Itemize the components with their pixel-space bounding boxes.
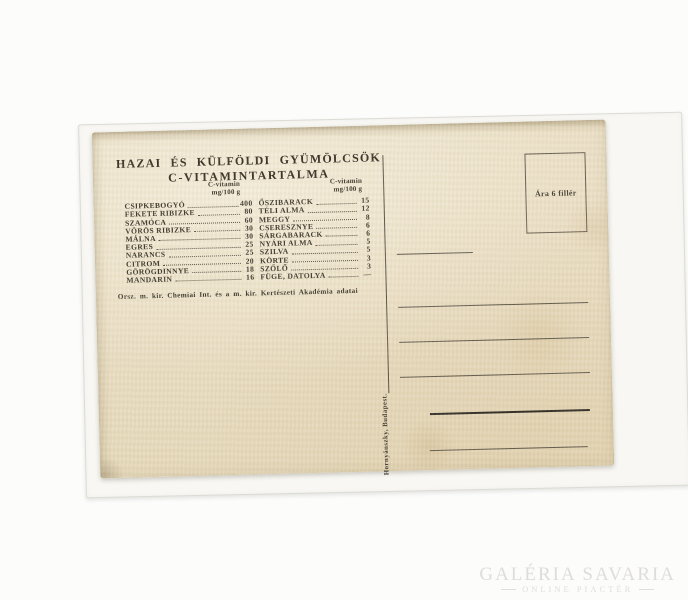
fruit-name: FÜGE, DATOLYA: [260, 271, 326, 282]
dot-leader: [326, 235, 358, 237]
watermark-title: GALÉRIA SAVARIA: [479, 564, 676, 586]
unit-header-right-column: C-vitamin mg/100 g: [258, 178, 369, 196]
vitamin-value: 16: [243, 272, 254, 281]
stamp-price-label: Ára 6 fillér: [535, 188, 577, 198]
vitamin-table-right-column: ŐSZIBARACK 15 TÉLI ALMA 12 MEGGY 8: [258, 197, 371, 282]
scanned-postcard-photo: HAZAI ÉS KÜLFÖLDI GYÜMÖLCSÖK C-VITAMINTA…: [0, 0, 688, 600]
watermark: GALÉRIA SAVARIA ONLINE PIACTÉR: [479, 564, 676, 594]
unit-header-right-line2: mg/100 g: [258, 186, 362, 196]
source-note: Orsz. m. kir. Chemiai Int. és a m. kir. …: [118, 286, 376, 301]
address-line-1: [398, 302, 588, 308]
table-row: FÜGE, DATOLYA —: [260, 270, 371, 281]
address-line-5: [430, 446, 588, 451]
dot-leader: [329, 276, 359, 278]
unit-header-left-column: C-vitamin mg/100 g: [124, 181, 252, 200]
stamp-box: Ára 6 fillér: [524, 152, 587, 234]
dot-leader: [175, 279, 241, 282]
sender-line: [397, 252, 473, 255]
watermark-dash-left: [501, 589, 516, 590]
watermark-subtitle: ONLINE PIACTÉR: [522, 584, 633, 594]
fruit-name: MANDARIN: [126, 274, 172, 284]
address-line-4-thick: [430, 409, 590, 415]
vitamin-table-left-column: CSIPKEBOGYÓ 400 FEKETE RIBIZKE 80 SZAMÓC…: [124, 200, 254, 285]
address-line-3: [400, 372, 590, 378]
table-row: MANDARIN 16: [126, 273, 254, 284]
unit-header-left-line2: mg/100 g: [124, 189, 240, 200]
watermark-dash-right: [639, 589, 654, 590]
postcard-back: HAZAI ÉS KÜLFÖLDI GYÜMÖLCSÖK C-VITAMINTA…: [92, 120, 615, 479]
printer-credit: Hornyánszky, Budapest.: [381, 397, 390, 475]
address-line-2: [399, 337, 589, 343]
center-divider-line: [382, 155, 389, 393]
vitamin-value: —: [360, 269, 371, 278]
